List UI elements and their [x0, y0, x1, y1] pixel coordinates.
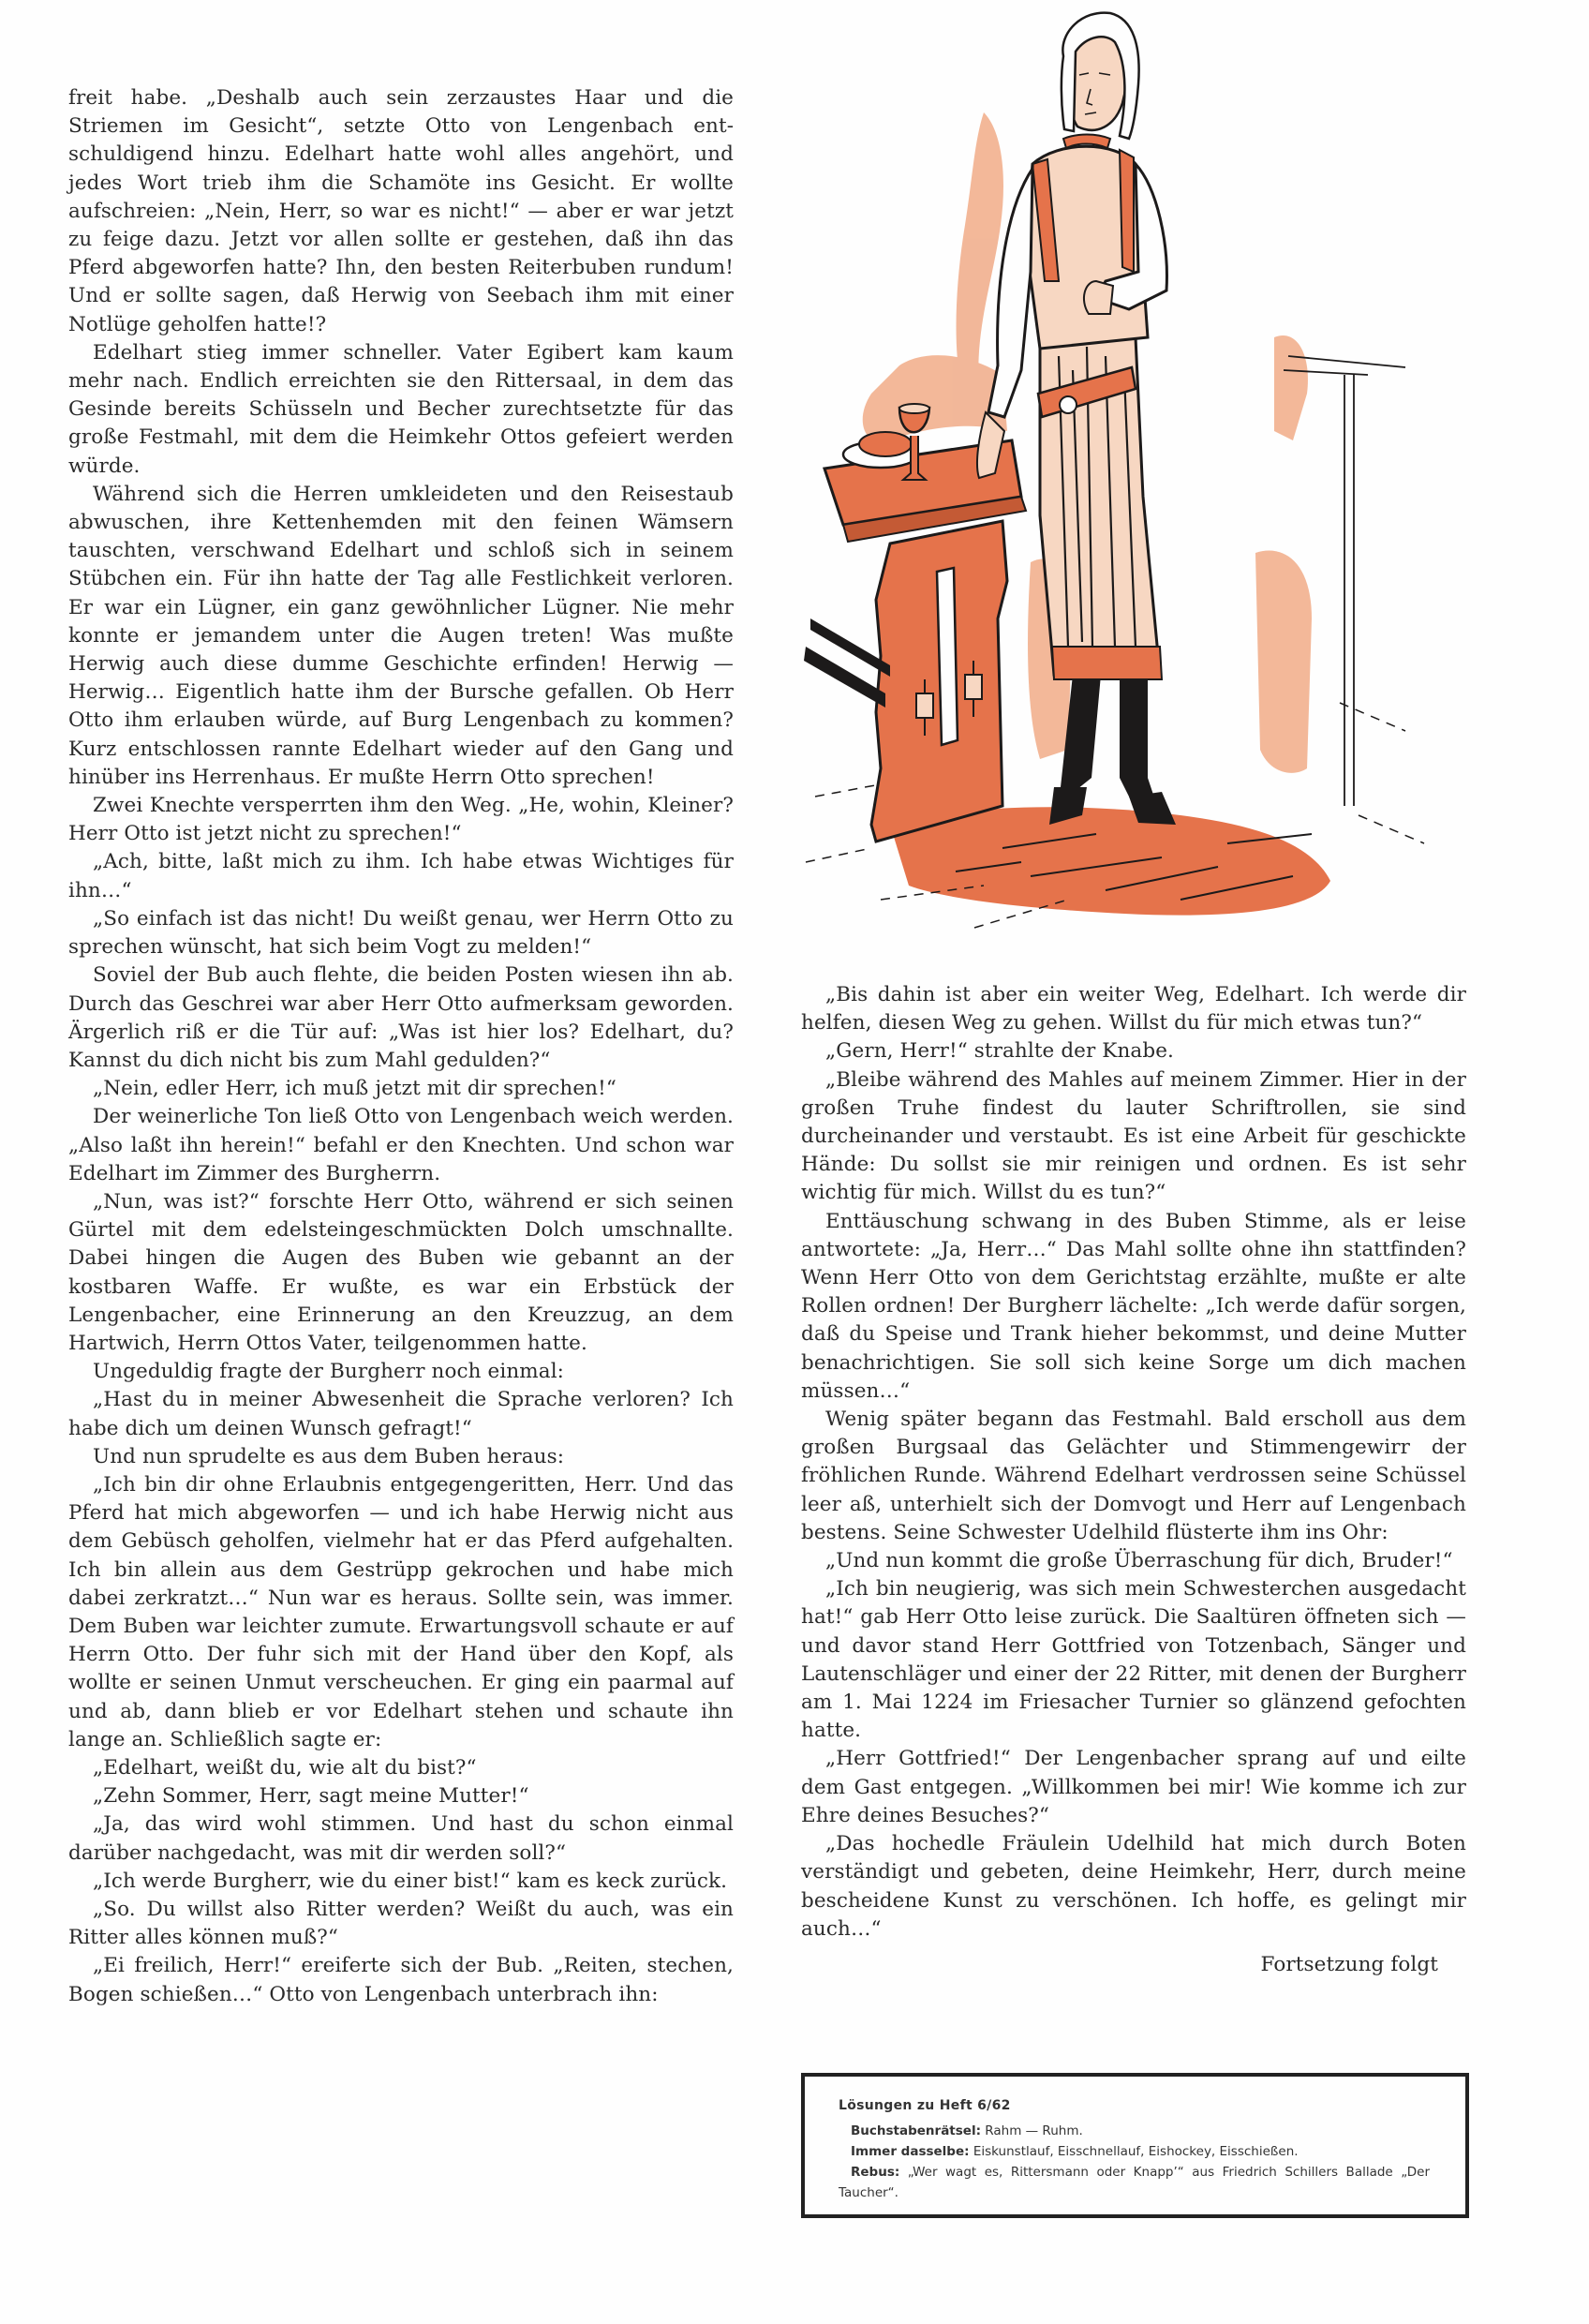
paragraph: „Edelhart, weißt du, wie alt du bist?“ [68, 1754, 734, 1782]
solution-label: Buchstabenrätsel: [851, 2123, 981, 2138]
paragraph: „Ich bin neugierig, was sich mein Schwes… [801, 1575, 1466, 1745]
paragraph: Und nun sprudelte es aus dem Buben herau… [68, 1443, 734, 1471]
solution-value: Rahm — Ruhm. [985, 2123, 1082, 2138]
paragraph: „Ich bin dir ohne Erlaubnis entgegengeri… [68, 1471, 734, 1754]
solution-label: Immer dasselbe: [851, 2144, 970, 2159]
paragraph: „Und nun kommt die große Überraschung fü… [801, 1547, 1466, 1575]
story-column-left: freit habe. „Deshalb auch sein zerzauste… [68, 84, 734, 2009]
solution-item: Immer dasselbe: Eiskunstlauf, Eisschnell… [839, 2141, 1430, 2162]
paragraph: „Ich werde Burgherr, wie du einer bist!“… [68, 1868, 734, 1896]
solution-item: Buchstabenrätsel: Rahm — Ruhm. [839, 2121, 1430, 2141]
paragraph: „Bleibe während des Mahles auf meinem Zi… [801, 1066, 1466, 1208]
nobleman-at-table-illustration [787, 0, 1537, 937]
paragraph: „Ei freilich, Herr!“ ereiferte sich der … [68, 1952, 734, 2008]
magazine-page: freit habe. „Deshalb auch sein zerzauste… [0, 0, 1589, 2324]
paragraph: „Ach, bitte, laßt mich zu ihm. Ich habe … [68, 848, 734, 904]
solution-value: „Wer wagt es, Rittersmann oder Knapp’“ a… [839, 2165, 1430, 2200]
paragraph: Der weinerliche Ton ließ Otto von Lengen… [68, 1103, 734, 1188]
paragraph: „So einfach ist das nicht! Du weißt gena… [68, 905, 734, 961]
paragraph: Während sich die Herren umkleideten und … [68, 481, 734, 792]
paragraph: „Ja, das wird wohl stimmen. Und hast du … [68, 1810, 734, 1867]
solution-label: Rebus: [851, 2165, 899, 2180]
paragraph: „So. Du willst also Ritter werden? Weißt… [68, 1896, 734, 1952]
paragraph: „Gern, Herr!“ strahlte der Knabe. [801, 1037, 1466, 1065]
paragraph: Wenig später begann das Festmahl. Bald e… [801, 1406, 1466, 1547]
story-illustration [787, 0, 1537, 937]
paragraph: „Zehn Sommer, Herr, sagt meine Mutter!“ [68, 1782, 734, 1810]
paragraph: Ungeduldig fragte der Burgherr noch einm… [68, 1358, 734, 1386]
paragraph: „Nun, was ist?“ forschte Herr Otto, währ… [68, 1188, 734, 1358]
paragraph: Zwei Knechte versperrten ihm den Weg. „H… [68, 792, 734, 848]
continuation-note: Fortsetzung folgt [801, 1951, 1466, 1979]
solutions-title: Lösungen zu Heft 6/62 [839, 2095, 1430, 2116]
paragraph: „Bis dahin ist aber ein weiter Weg, Edel… [801, 981, 1466, 1037]
paragraph: „Herr Gottfried!“ Der Lengenbacher spran… [801, 1745, 1466, 1830]
puzzle-solutions-box: Lösungen zu Heft 6/62 Buchstabenrätsel: … [801, 2073, 1469, 2218]
story-column-right: „Bis dahin ist aber ein weiter Weg, Edel… [801, 981, 1466, 1979]
paragraph: freit habe. „Deshalb auch sein zerzauste… [68, 84, 734, 339]
paragraph: Enttäuschung schwang in des Buben Stimme… [801, 1208, 1466, 1406]
paragraph: Soviel der Bub auch flehte, die beiden P… [68, 961, 734, 1075]
paragraph: „Das hochedle Fräulein Udelhild hat mich… [801, 1830, 1466, 1944]
solution-item: Rebus: „Wer wagt es, Rittersmann oder Kn… [839, 2162, 1430, 2203]
paragraph: Edelhart stieg immer schneller. Vater Eg… [68, 339, 734, 481]
solution-value: Eiskunstlauf, Eisschnellauf, Eishockey, … [973, 2144, 1299, 2159]
paragraph: „Hast du in meiner Abwesenheit die Sprac… [68, 1386, 734, 1442]
paragraph: „Nein, edler Herr, ich muß jetzt mit dir… [68, 1075, 734, 1103]
